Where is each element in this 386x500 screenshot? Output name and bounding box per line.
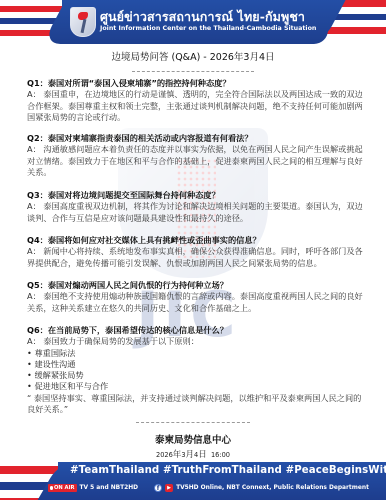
facebook-icon: f xyxy=(154,484,162,492)
microphone-icon xyxy=(50,486,53,490)
question-5: Q5：泰国对煽动两国人民之间仇恨的行为持何种立场？ xyxy=(27,280,367,291)
principles-list: 尊重国际法 建设性沟通 缓解紧张局势 促进地区和平与合作 xyxy=(27,348,367,393)
answer-3: A： 泰国高度重视双边机制，将其作为讨论和解决边境相关问题的主要渠道。泰国认为，… xyxy=(27,201,367,224)
question-1: Q1：泰国对所谓“泰国入侵柬埔寨”的指控持何种态度？ xyxy=(27,78,367,89)
signature-org: 泰柬局势信息中心 xyxy=(0,432,386,446)
header-title-english: Joint Information Center on the Thailand… xyxy=(100,25,316,32)
divider-bottom xyxy=(136,422,250,423)
jic-logo-icon xyxy=(70,7,96,37)
qa-item-1: Q1：泰国对所谓“泰国入侵柬埔寨”的指控持何种态度？ A： 泰国重申，在边境地区… xyxy=(27,78,367,123)
broadcast-channels: ON AIR TV 5 and NBT2HD f ▶ TV5HD Online,… xyxy=(48,484,369,492)
answer-4: A： 新闻中心将持续、系统地发布事实真相，确保公众获得准确信息。同时，呼吁各部门… xyxy=(27,246,367,269)
footer-banner: #TeamThailand #TruthFromThailand #PeaceB… xyxy=(0,462,386,500)
hashtags: #TeamThailand #TruthFromThailand #PeaceB… xyxy=(70,465,386,476)
qa-item-2: Q2：泰国对柬埔寨指责泰国的相关活动或内容报道有何看法？ A： 沟通敏感问题应本… xyxy=(27,133,367,178)
closing-quote: “ 泰国坚持事实、尊重国际法，并支持通过谈判解决问题，以维护和平及泰柬两国人民之… xyxy=(27,393,367,416)
online-channels: TV5HD Online, NBT Connext, Public Relati… xyxy=(176,485,369,491)
tv-channels: TV 5 and NBT2HD xyxy=(80,485,139,491)
divider-top xyxy=(132,71,254,72)
question-2: Q2：泰国对柬埔寨指责泰国的相关活动或内容报道有何看法？ xyxy=(27,133,367,144)
qa-item-3: Q3：泰国对将边境问题提交至国际舞台持何种态度？ A： 泰国高度重视双边机制，将… xyxy=(27,190,367,224)
principle-item: 尊重国际法 xyxy=(27,348,367,359)
question-3: Q3：泰国对将边境问题提交至国际舞台持何种态度？ xyxy=(27,190,367,201)
answer-6: A： 泰国致力于确保局势的发展基于以下原则： xyxy=(27,336,367,347)
qa-item-4: Q4：泰国将如何应对社交媒体上具有挑衅性或歪曲事实的信息？ A： 新闻中心将持续… xyxy=(27,235,367,269)
document-title: 边境局势问答 (Q&A) - 2026年3月4日 xyxy=(0,49,386,63)
principle-item: 建设性沟通 xyxy=(27,359,367,370)
answer-5: A： 泰国绝不支持使用煽动种族或国籍仇恨的言辞或内容。泰国高度重视两国人民之间的… xyxy=(27,291,367,314)
on-air-badge: ON AIR xyxy=(48,484,77,492)
qa-item-5: Q5：泰国对煽动两国人民之间仇恨的行为持何种立场？ A： 泰国绝不支持使用煽动种… xyxy=(27,280,367,314)
answer-1: A： 泰国重申，在边境地区的行动是谨慎、透明的，完全符合国际法以及两国达成一致的… xyxy=(27,89,367,123)
signature-time: 16:00 xyxy=(211,451,230,459)
header-banner: ศูนย์ข่าวสารสถานการณ์ ไทย-กัมพูชา Joint … xyxy=(0,0,386,46)
question-6: Q6：在当前局势下，泰国希望传达的核心信息是什么？ xyxy=(27,325,367,336)
signature-date: 2026年3月4日 16:00 xyxy=(0,448,386,460)
header-title-thai: ศูนย์ข่าวสารสถานการณ์ ไทย-กัมพูชา xyxy=(100,7,305,27)
principle-item: 促进地区和平与合作 xyxy=(27,381,367,392)
youtube-icon: ▶ xyxy=(165,484,173,492)
principle-item: 缓解紧张局势 xyxy=(27,370,367,381)
answer-2: A： 沟通敏感问题应本着负责任的态度并以事实为依据，以免在两国人民之间产生误解或… xyxy=(27,144,367,178)
qa-item-6: Q6：在当前局势下，泰国希望传达的核心信息是什么？ A： 泰国致力于确保局势的发… xyxy=(27,325,367,415)
question-4: Q4：泰国将如何应对社交媒体上具有挑衅性或歪曲事实的信息？ xyxy=(27,235,367,246)
